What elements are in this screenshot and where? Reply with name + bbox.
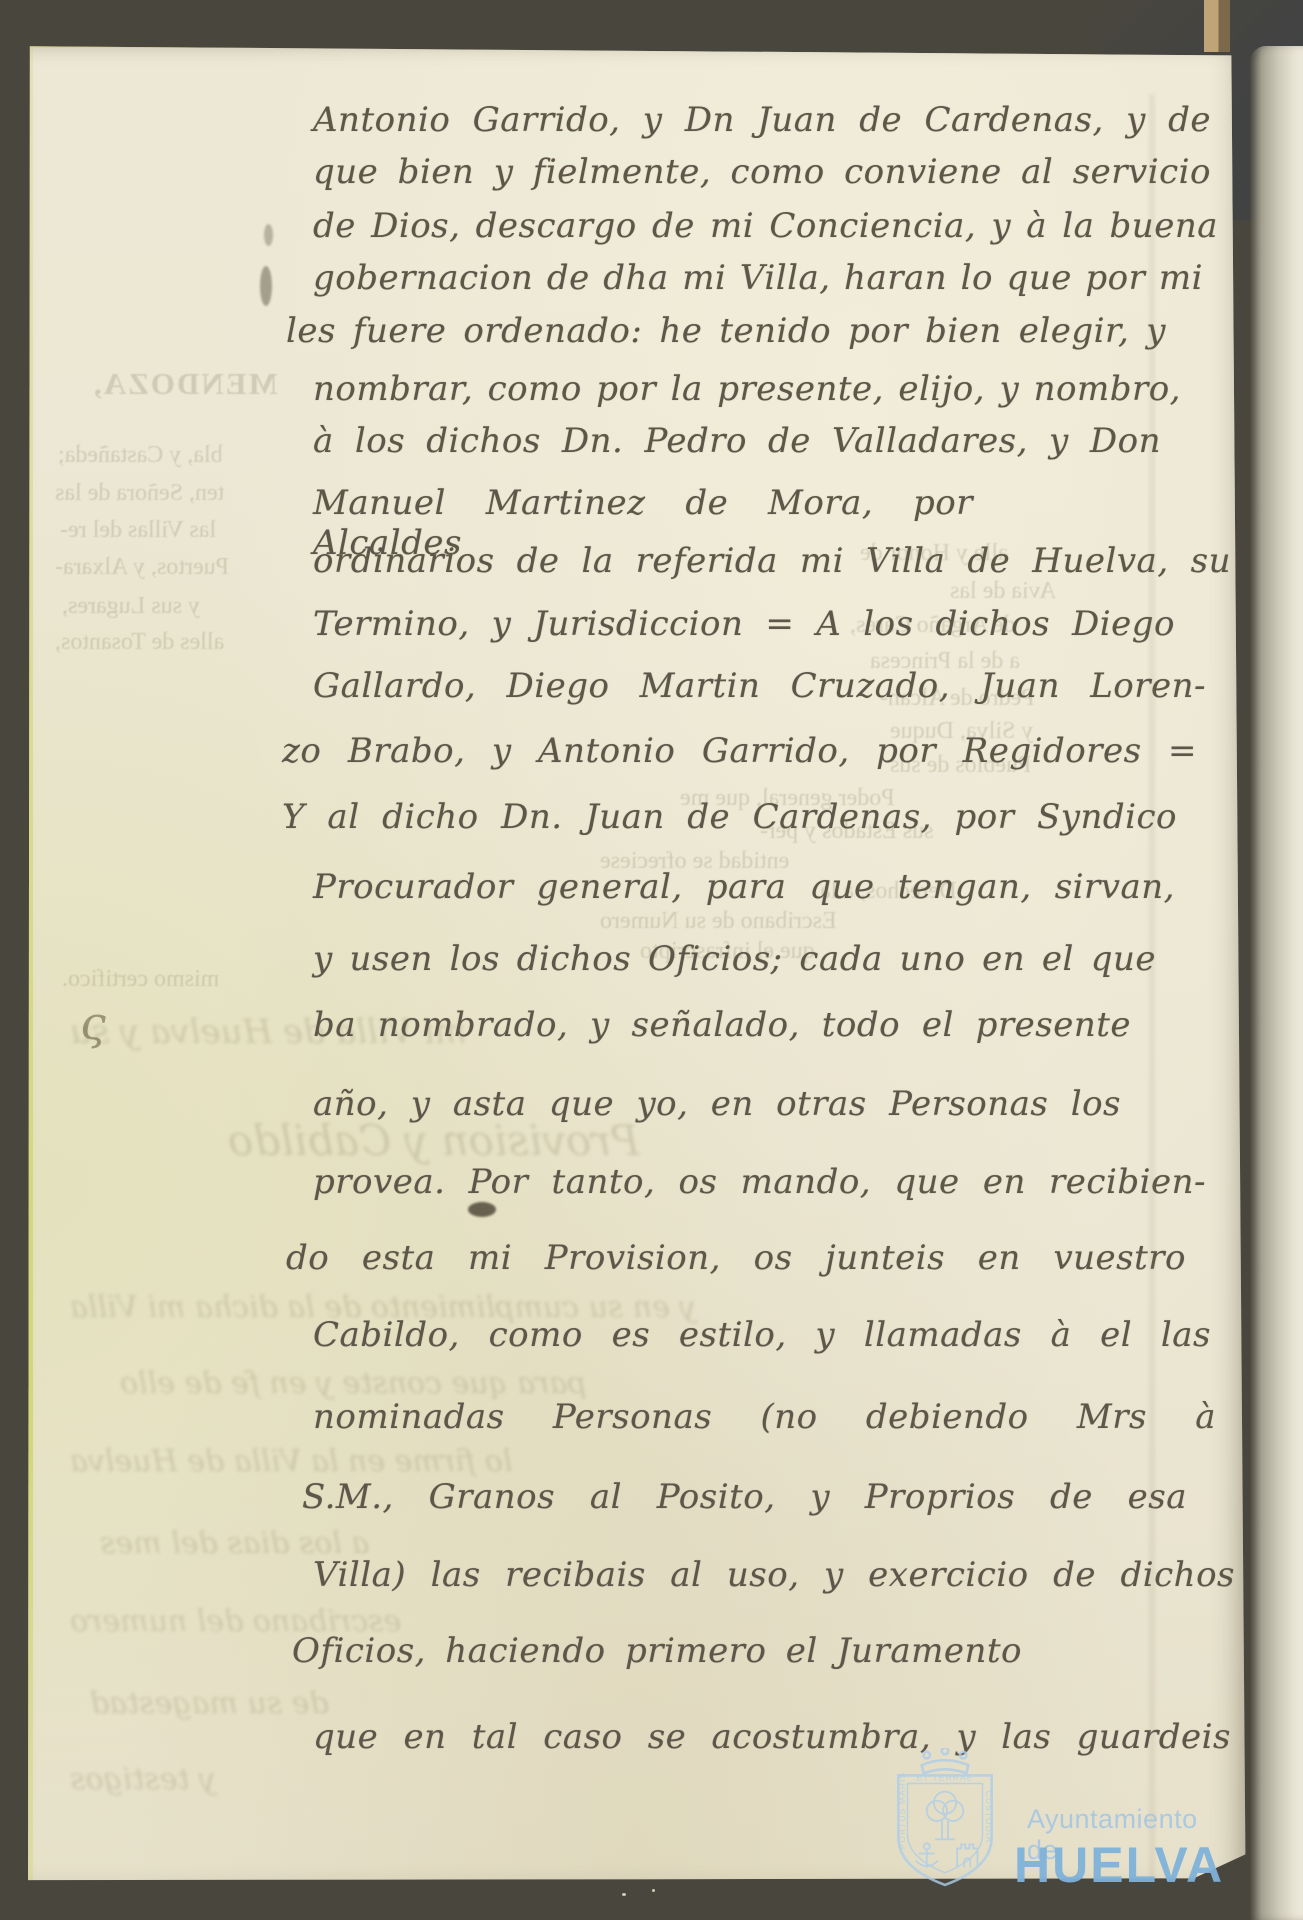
ink-streak [264, 224, 273, 246]
margin-squiggle: ς [80, 996, 106, 1050]
book-cover-edge [1204, 0, 1230, 52]
shield-motto-top: ET TERRAE [916, 1772, 973, 1782]
manuscript-line: zo Brabo, y Antonio Garrido, por Regidor… [282, 731, 1197, 771]
ghost-print-line: alles de Tosantos, [55, 629, 224, 656]
manuscript-line: Oficios, haciendo primero el Juramento [292, 1631, 1022, 1671]
manuscript-line: do esta mi Provision, os junteis en vues… [286, 1238, 1186, 1278]
ghost-script-line: de su magestad [90, 1686, 329, 1721]
ghost-print-line: Avia de las [950, 578, 1056, 605]
scanned-book-photo: MENDOZA, bla, y Castañeda; ten, Señora d… [0, 0, 1303, 1920]
dust-speck [622, 1893, 626, 1896]
manuscript-line: ba nombrado, y señalado, todo el present… [313, 1005, 1131, 1045]
ghost-print-line: y sus Lugares, [62, 593, 200, 620]
manuscript-line: nominadas Personas (no debiendo Mrs à [313, 1397, 1216, 1437]
manuscript-line: ordinarios de la referida mi Villa de Hu… [313, 541, 1231, 581]
manuscript-line: provea. Por tanto, os mando, que en reci… [313, 1162, 1206, 1202]
ink-blot [468, 1202, 496, 1217]
ghost-print-line: Escribano de su Numero [600, 908, 837, 935]
manuscript-line: Procurador general, para que tengan, sir… [313, 867, 1175, 907]
manuscript-line: año, y asta que yo, en otras Personas lo… [313, 1084, 1121, 1124]
manuscript-line: Termino, y Jurisdiccion = A los dichos D… [313, 604, 1175, 644]
huelva-shield-icon: ET TERRAE PORTUS MARIS CUSTODIA [884, 1748, 1006, 1890]
paper-crease [1150, 94, 1154, 1904]
manuscript-line: y usen los dichos Oficios; cada uno en e… [313, 939, 1156, 979]
manuscript-line: Gallardo, Diego Martin Cruzado, Juan Lor… [313, 666, 1206, 706]
manuscript-page: MENDOZA, bla, y Castañeda; ten, Señora d… [28, 44, 1246, 1882]
manuscript-line: que en tal caso se acostumbra, y las gua… [313, 1717, 1231, 1757]
ghost-print-line: MENDOZA, [92, 366, 278, 402]
watermark-city-name: HUELVA [1014, 1836, 1224, 1894]
manuscript-line: les fuere ordenado: he tenido por bien e… [286, 311, 1166, 351]
ghost-script-line: y testigos [70, 1762, 216, 1797]
manuscript-line: Antonio Garrido, y Dn Juan de Cardenas, … [313, 100, 1211, 140]
ghost-script-line: lo firme en la Villa de Huelva [70, 1444, 512, 1479]
ghost-print-line: bla, y Castañeda; [58, 442, 223, 469]
ghost-print-line: ten, Señora de las [55, 480, 224, 507]
manuscript-line: gobernacion de dha mi Villa, haran lo qu… [313, 258, 1203, 298]
manuscript-line: de Dios, descargo de mi Conciencia, y à … [313, 206, 1218, 246]
ghost-print-line: mismo certifico. [62, 966, 219, 993]
manuscript-line: que bien y fielmente, como conviene al s… [313, 152, 1211, 192]
ghost-print-line: las Villas del re- [60, 517, 216, 544]
shield-motto-right: CUSTODIA [984, 1791, 994, 1843]
ghost-print-line: Puertos, y Alxara- [55, 554, 229, 581]
ink-streak [260, 266, 272, 306]
manuscript-line: S.M., Granos al Posito, y Proprios de es… [302, 1477, 1187, 1517]
ghost-script-line: para que conste y en fe de ello [120, 1366, 587, 1401]
manuscript-line: Y al dicho Dn. Juan de Cardenas, por Syn… [282, 797, 1177, 837]
manuscript-line: nombrar, como por la presente, elijo, y … [313, 369, 1181, 409]
shield-motto-left: PORTUS MARIS [897, 1772, 907, 1850]
manuscript-line: Cabildo, como es estilo, y llamadas à el… [313, 1315, 1211, 1355]
next-page-edge [1250, 46, 1303, 1920]
manuscript-line: à los dichos Dn. Pedro de Valladares, y … [313, 421, 1161, 461]
manuscript-line: Villa) las recibais al uso, y exercicio … [313, 1555, 1235, 1595]
dust-speck [652, 1889, 655, 1892]
